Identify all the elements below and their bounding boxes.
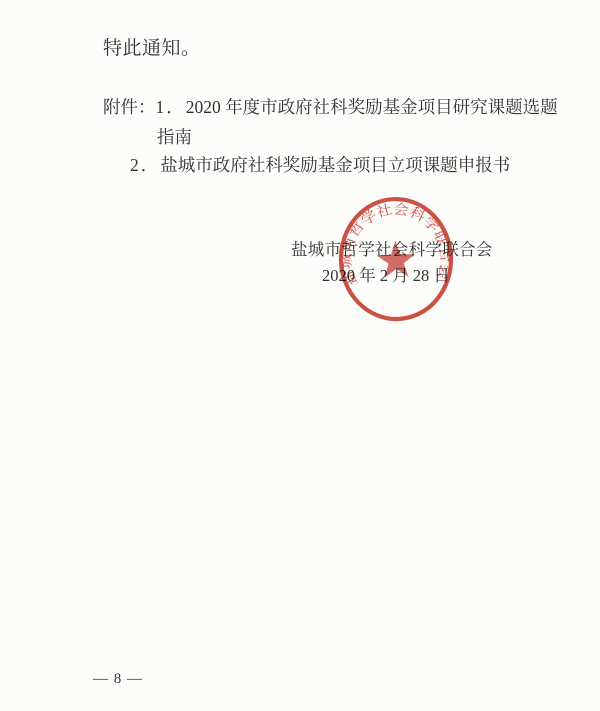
attachment-1-number: 1． — [156, 97, 186, 117]
page-number: — 8 — — [93, 670, 143, 688]
attachment-2-number: 2． — [130, 155, 160, 175]
attachments-label: 附件： — [103, 97, 156, 117]
attachment-2-text: 盐城市政府社科奖励基金项目立项课题申报书 — [160, 155, 510, 175]
red-star-icon — [376, 240, 415, 278]
closing-sentence: 特此通知。 — [103, 38, 201, 59]
document-page: 特此通知。 附件：1．2020 年度市政府社科奖励基金项目研究课题选题 指南 2… — [0, 0, 600, 711]
attachment-1-text: 2020 年度市政府社科奖励基金项目研究课题选题 — [186, 97, 558, 117]
attachment-line-1: 附件：1．2020 年度市政府社科奖励基金项目研究课题选题 — [103, 96, 558, 118]
attachment-1-continuation: 指南 — [157, 126, 192, 148]
official-seal: 盐城市哲学社会科学联合会 — [333, 192, 462, 328]
attachment-line-2: 2．盐城市政府社科奖励基金项目立项课题申报书 — [130, 154, 510, 176]
